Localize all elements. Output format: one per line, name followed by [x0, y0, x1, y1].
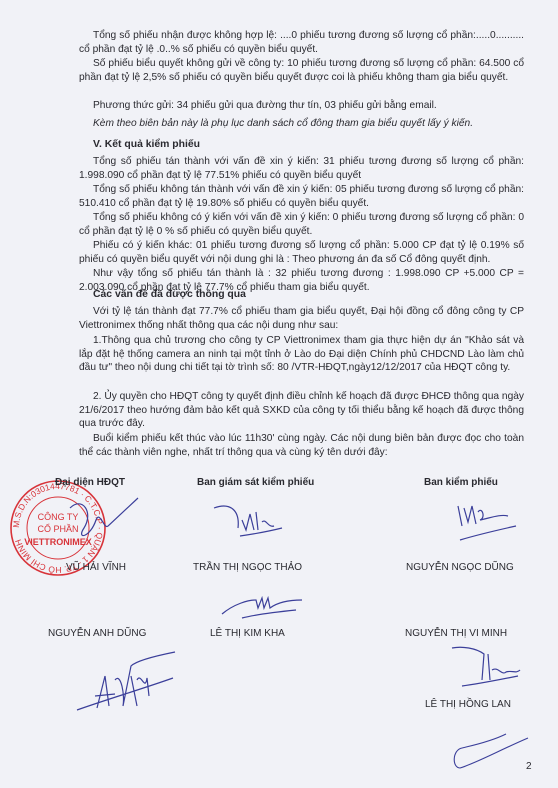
signature-supervisor-2: [218, 588, 308, 622]
paragraph-other-opinion-votes: Phiếu có ý kiến khác: 01 phiếu tương đươ…: [79, 239, 524, 266]
document-page: Tổng số phiếu nhận được không hợp lệ: ..…: [0, 0, 558, 788]
signature-counter-3: [450, 728, 530, 778]
signature-board-rep: [60, 490, 140, 550]
paragraph-send-method: Phương thức gửi: 34 phiếu gửi qua đường …: [79, 99, 524, 113]
signature-counter-1: [450, 496, 530, 546]
signature-title-counting: Ban kiểm phiếu: [424, 477, 498, 488]
approved-matters-heading: Các vấn đề đã được thông qua: [93, 289, 246, 300]
signer-name-board-rep: VŨ HẢI VĨNH: [66, 562, 126, 573]
paragraph-approval-intro: Với tỷ lệ tán thành đạt 77.7% cổ phiếu t…: [79, 305, 524, 332]
paragraph-unreturned-votes: Số phiếu biểu quyết không gửi về công ty…: [79, 57, 524, 84]
paragraph-invalid-votes: Tổng số phiếu nhận được không hợp lệ: ..…: [79, 29, 524, 56]
paragraph-resolution-2: 2. Ủy quyền cho HĐQT công ty quyết định …: [79, 390, 524, 431]
paragraph-no-opinion-votes: Tổng số phiếu không có ý kiến với vấn đề…: [79, 211, 524, 238]
paragraph-approve-votes: Tổng số phiếu tán thành với vấn đề xin ý…: [79, 155, 524, 182]
paragraph-closing: Buổi kiểm phiếu kết thúc vào lúc 11h30' …: [79, 432, 524, 459]
signature-title-board-rep: Đại diện HĐQT: [55, 477, 125, 488]
signer-name-supervisor-2: LÊ THỊ KIM KHA: [210, 628, 285, 639]
paragraph-reject-votes: Tổng số phiếu không tán thành với vấn đề…: [79, 183, 524, 210]
signer-name-counter-2: NGUYỄN THỊ VI MINH: [405, 628, 507, 639]
paragraph-appendix-note: Kèm theo biên bản này là phụ lục danh sá…: [79, 117, 524, 131]
signature-supervisor-1: [210, 500, 290, 540]
paragraph-resolution-1: 1.Thông qua chủ trương cho công ty CP Vi…: [79, 334, 524, 375]
signature-title-supervision: Ban giám sát kiểm phiếu: [197, 477, 314, 488]
signer-name-counter-3: LÊ THỊ HỒNG LAN: [425, 699, 511, 710]
signature-counter-2: [448, 640, 538, 700]
section-v-heading: V. Kết quả kiểm phiếu: [93, 139, 200, 150]
page-number: 2: [526, 761, 532, 772]
signer-name-board-2: NGUYỄN ANH DŨNG: [48, 628, 146, 639]
signer-name-supervisor-1: TRẦN THỊ NGỌC THẢO: [193, 562, 302, 573]
signature-board-2: [75, 636, 185, 716]
signer-name-counter-1: NGUYỄN NGỌC DŨNG: [406, 562, 514, 573]
